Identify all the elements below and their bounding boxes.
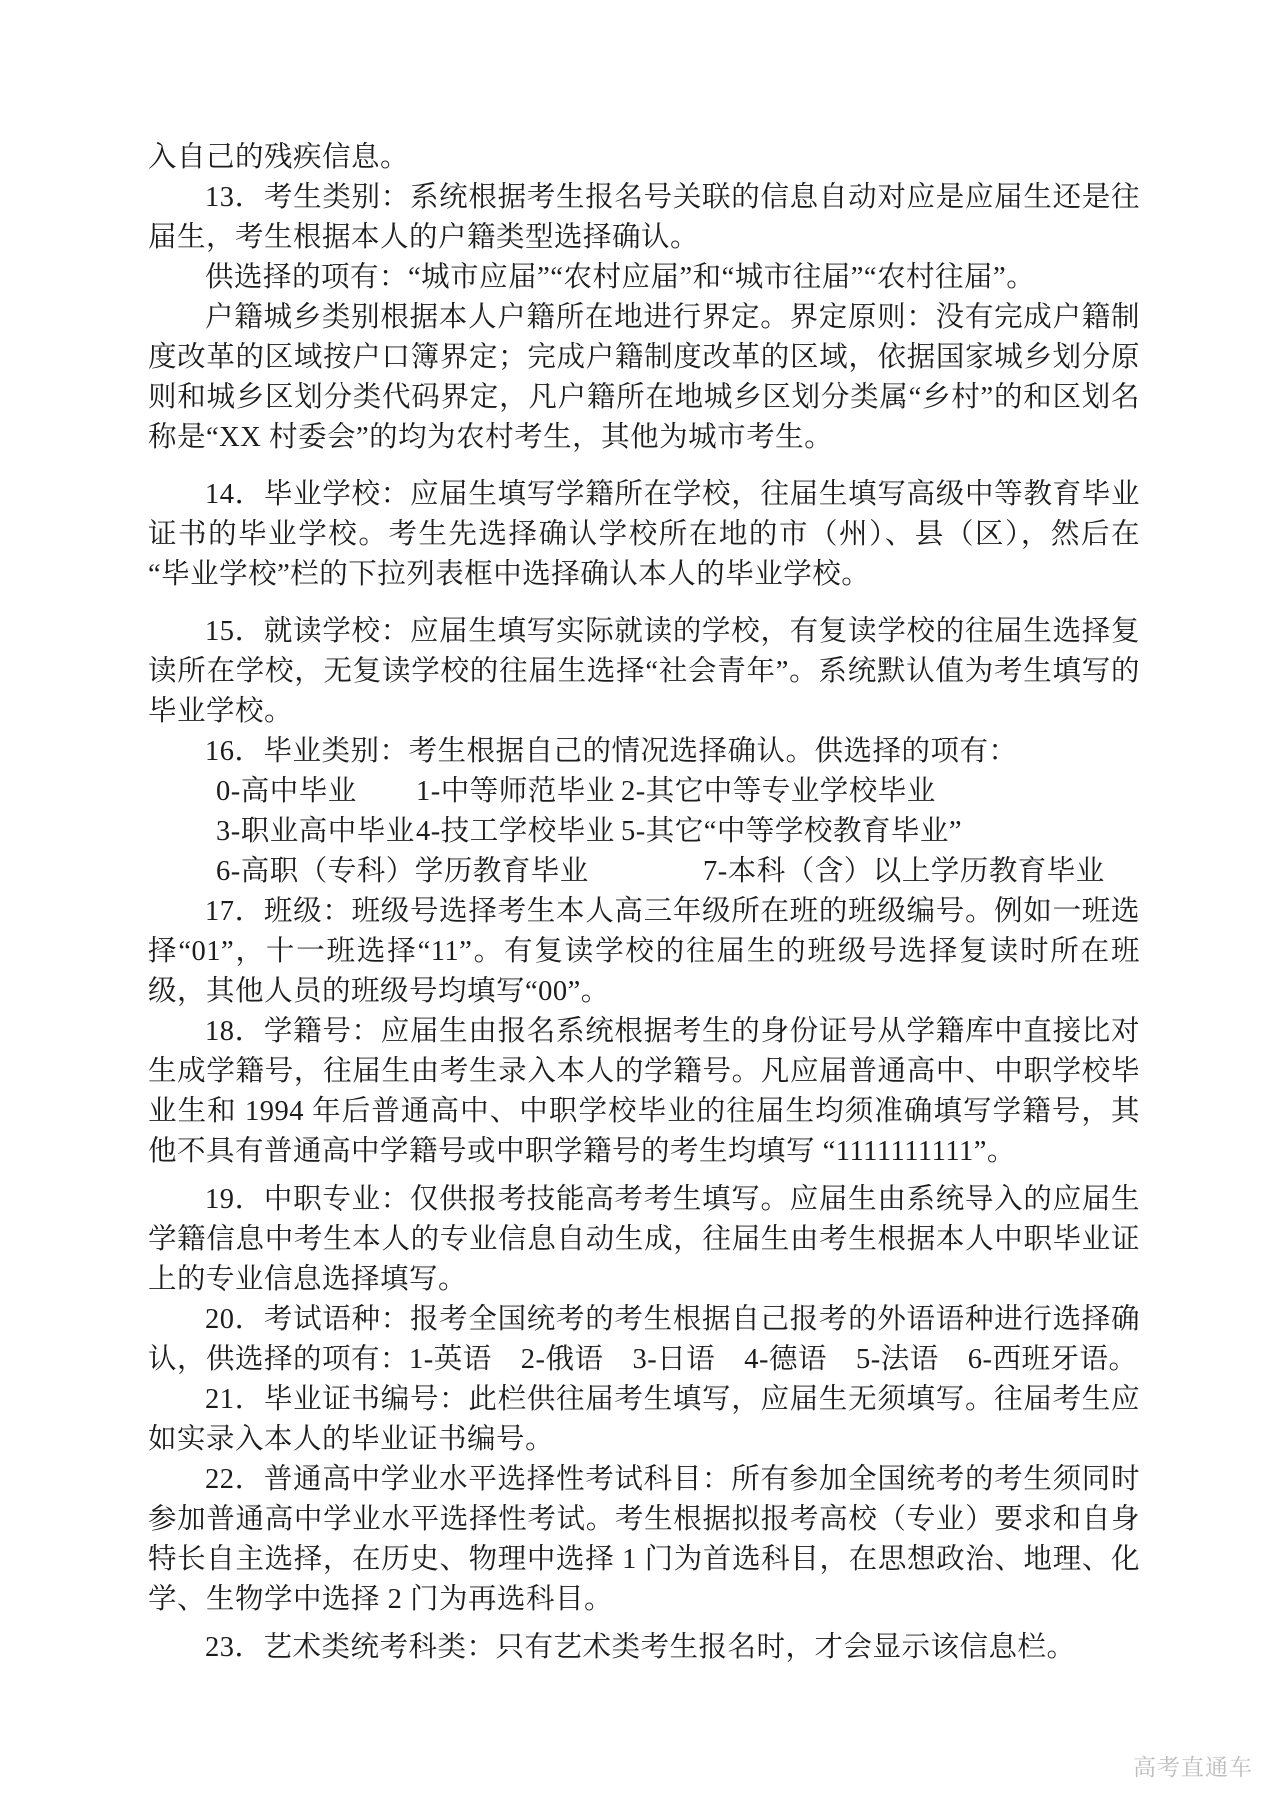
graduation-options-row-3: 6-高职（专科）学历教育毕业 7-本科（含）以上学历教育毕业 [148, 852, 1140, 892]
option-6: 6-高职（专科）学历教育毕业 [216, 852, 703, 892]
option-5: 5-其它“中等学校教育毕业” [621, 812, 1140, 852]
paragraph-item-13-note: 户籍城乡类别根据本人户籍所在地进行界定。界定原则：没有完成户籍制度改革的区域按户… [148, 298, 1140, 458]
paragraph-item-14: 14．毕业学校：应届生填写学籍所在学校，往届生填写高级中等教育毕业证书的毕业学校… [148, 475, 1140, 595]
paragraph-item-17: 17．班级：班级号选择考生本人高三年级所在班的班级编号。例如一班选择“01”，十… [148, 892, 1140, 1012]
document-body: 入自己的残疾信息。 13．考生类别：系统根据考生报名号关联的信息自动对应是应届生… [148, 138, 1140, 1668]
paragraph-item-16: 16．毕业类别：考生根据自己的情况选择确认。供选择的项有： [148, 732, 1140, 772]
option-1: 1-中等师范毕业 [416, 772, 621, 812]
watermark-gaokao-zhitongche: 高考直通车 [1133, 1749, 1253, 1782]
paragraph-item-19: 19．中职专业：仅供报考技能高考考生填写。应届生由系统导入的应届生学籍信息中考生… [148, 1180, 1140, 1300]
paragraph-item-13: 13．考生类别：系统根据考生报名号关联的信息自动对应是应届生还是往届生，考生根据… [148, 178, 1140, 258]
graduation-options-row-1: 0-高中毕业 1-中等师范毕业 2-其它中等专业学校毕业 [148, 772, 1140, 812]
paragraph-item-18: 18．学籍号：应届生由报名系统根据考生的身份证号从学籍库中直接比对生成学籍号，往… [148, 1012, 1140, 1172]
option-7: 7-本科（含）以上学历教育毕业 [703, 852, 1140, 892]
paragraph-item-20: 20．考试语种：报考全国统考的考生根据自己报考的外语语种进行选择确认，供选择的项… [148, 1300, 1140, 1380]
paragraph-item-13-options: 供选择的项有：“城市应届”“农村应届”和“城市往届”“农村往届”。 [148, 258, 1140, 298]
paragraph-item-21: 21．毕业证书编号：此栏供往届考生填写，应届生无须填写。往届考生应如实录入本人的… [148, 1380, 1140, 1460]
option-4: 4-技工学校毕业 [416, 812, 621, 852]
paragraph-item-15: 15．就读学校：应届生填写实际就读的学校，有复读学校的往届生选择复读所在学校，无… [148, 612, 1140, 732]
option-3: 3-职业高中毕业 [216, 812, 416, 852]
paragraph-item-22: 22．普通高中学业水平选择性考试科目：所有参加全国统考的考生须同时参加普通高中学… [148, 1460, 1140, 1620]
paragraph-item-23: 23．艺术类统考科类：只有艺术类考生报名时，才会显示该信息栏。 [148, 1628, 1140, 1668]
document-page: 入自己的残疾信息。 13．考生类别：系统根据考生报名号关联的信息自动对应是应届生… [0, 0, 1280, 1810]
option-0: 0-高中毕业 [216, 772, 416, 812]
graduation-options-row-2: 3-职业高中毕业 4-技工学校毕业 5-其它“中等学校教育毕业” [148, 812, 1140, 852]
paragraph-continuation: 入自己的残疾信息。 [148, 138, 1140, 178]
option-2: 2-其它中等专业学校毕业 [621, 772, 1140, 812]
graduation-type-options: 0-高中毕业 1-中等师范毕业 2-其它中等专业学校毕业 3-职业高中毕业 4-… [148, 772, 1140, 892]
